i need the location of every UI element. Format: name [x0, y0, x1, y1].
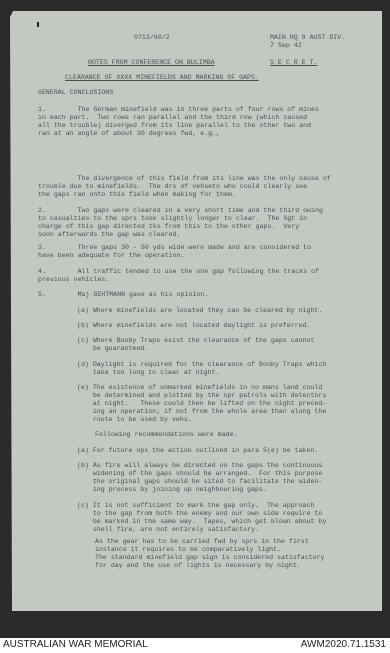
- file-reference: 0713/60/2: [134, 34, 170, 42]
- paragraph-1: 1. The German minefield was in three par…: [38, 106, 319, 138]
- recommendation-c: (c) It is not sufficient to mark the gap…: [77, 502, 326, 534]
- opinion-b: (b) Where minefields are not located day…: [77, 322, 310, 330]
- paragraph-3: 3. Three gaps 30 - 50 yds wide were made…: [38, 244, 311, 260]
- closing-1: As the gear has to be carried fwd by spr…: [95, 538, 309, 554]
- document-page: 0713/60/2 MAIN HQ 9 AUST DIV. 7 Sep 42 N…: [10, 11, 382, 611]
- date: 7 Sep 42: [270, 42, 302, 50]
- opinion-d: (d) Daylight is required for the clearan…: [77, 361, 326, 377]
- recommendations-intro: Following recommendations were made.: [95, 431, 237, 439]
- doc-title: NOTES FROM CONFERENCE ON BULIMBA: [88, 59, 215, 67]
- recommendation-a: (a) For future ops the action outlined i…: [77, 447, 318, 455]
- paragraph-2: 2. Two gaps were cleared in a very short…: [38, 207, 323, 239]
- section-heading: GENERAL CONCLUSIONS: [38, 89, 113, 97]
- scan-background: 0713/60/2 MAIN HQ 9 AUST DIV. 7 Sep 42 N…: [0, 0, 390, 638]
- paragraph-4: 4. All traffic tended to use the one gap…: [38, 268, 319, 284]
- institution-label: AUSTRALIAN WAR MEMORIAL: [3, 639, 148, 650]
- classification: S E C R E T.: [270, 59, 317, 67]
- paragraph-5: 5. Maj GEHTMANN gave as his opinion.: [38, 291, 208, 299]
- footer: AUSTRALIAN WAR MEMORIAL AWM2020.71.1531: [0, 638, 390, 653]
- opinion-a: (a) Where minefields are located they ca…: [77, 307, 322, 315]
- opinion-e: (e) The existence of unmarked minefields…: [77, 384, 326, 424]
- recommendation-b: (b) As fire will always be directed on t…: [77, 462, 322, 494]
- closing-2: The standard minefield gap sign is consi…: [95, 554, 325, 570]
- subject: CLEARANCE OF XXXX MINEFIELDS AND MARKING…: [65, 74, 259, 82]
- hq-line: MAIN HQ 9 AUST DIV.: [270, 34, 345, 42]
- opinion-c: (c) Where Booby Traps exist the clearanc…: [77, 337, 314, 353]
- paragraph-1b: The divergence of this field from its li…: [38, 175, 331, 199]
- accession-number: AWM2020.71.1531: [301, 639, 386, 650]
- ink-mark: [37, 22, 39, 27]
- typed-text: 0713/60/2 MAIN HQ 9 AUST DIV. 7 Sep 42 N…: [10, 11, 382, 611]
